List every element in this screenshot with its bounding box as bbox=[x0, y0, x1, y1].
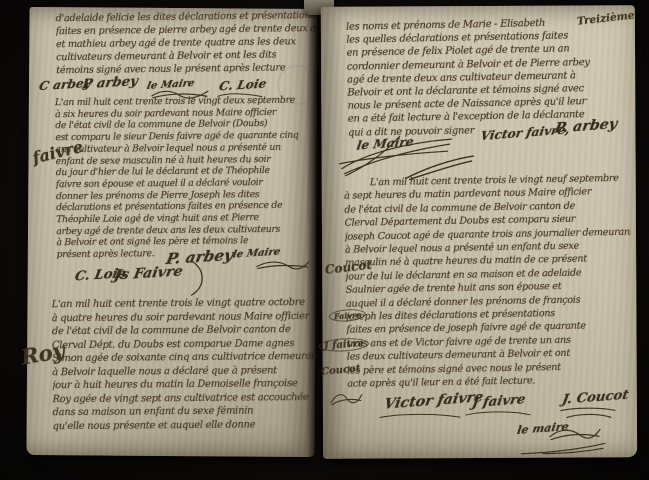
right-page: Treizième les noms et prénoms de Marie -… bbox=[321, 5, 637, 459]
left-act-ending-paragraph: d'adelaide felicie les dites déclaration… bbox=[56, 9, 319, 77]
act-roy-paragraph: L'an mil huit cent trente trois le vingt… bbox=[52, 296, 321, 433]
signature-victor-faivre-2: Victor faivre bbox=[383, 389, 485, 412]
margin-paraph-scribble bbox=[329, 389, 363, 407]
scanned-register-spread: d'adelaide felicie les dites déclaration… bbox=[0, 0, 649, 480]
paraph-flourish bbox=[559, 406, 617, 420]
signature-c-loie: C. Loie bbox=[218, 76, 268, 93]
signature-p-arbey: P arbey bbox=[81, 74, 139, 92]
pen-swoosh-flourish bbox=[519, 441, 607, 455]
act-coucot-paragraph: L'an mil huit cent trente trois le vingt… bbox=[344, 172, 634, 391]
paraph-flourish bbox=[256, 259, 310, 271]
act-faivre-paragraph: L'an mil huit cent trente trois le vingt… bbox=[55, 94, 319, 261]
manuscript-line: Roy agée de vingt sept ans cultivatrice … bbox=[52, 390, 320, 406]
signature-underline-flourish bbox=[465, 410, 531, 418]
signature-js-faivre: Js Faivre bbox=[113, 263, 184, 283]
manuscript-line: qu'elle nous présente et auquel elle don… bbox=[53, 417, 321, 433]
paraph-flourish bbox=[549, 425, 601, 441]
closing-paren-flourish bbox=[188, 260, 208, 296]
right-act-end-signatures: le Maire Victor faivre, P. arbey bbox=[321, 5, 635, 7]
signature-underline-flourish bbox=[379, 412, 461, 420]
signature-j-faivre: J faivre bbox=[471, 392, 527, 411]
signature-j-coucot: J. Coucot bbox=[561, 388, 630, 408]
act-coucot-signatures: Victor faivre J faivre J. Coucot le mair… bbox=[321, 5, 635, 7]
left-page: d'adelaide felicie les dites déclaration… bbox=[26, 7, 317, 457]
manuscript-line: Simon agée de soixante cinq ans cultivat… bbox=[52, 350, 320, 366]
